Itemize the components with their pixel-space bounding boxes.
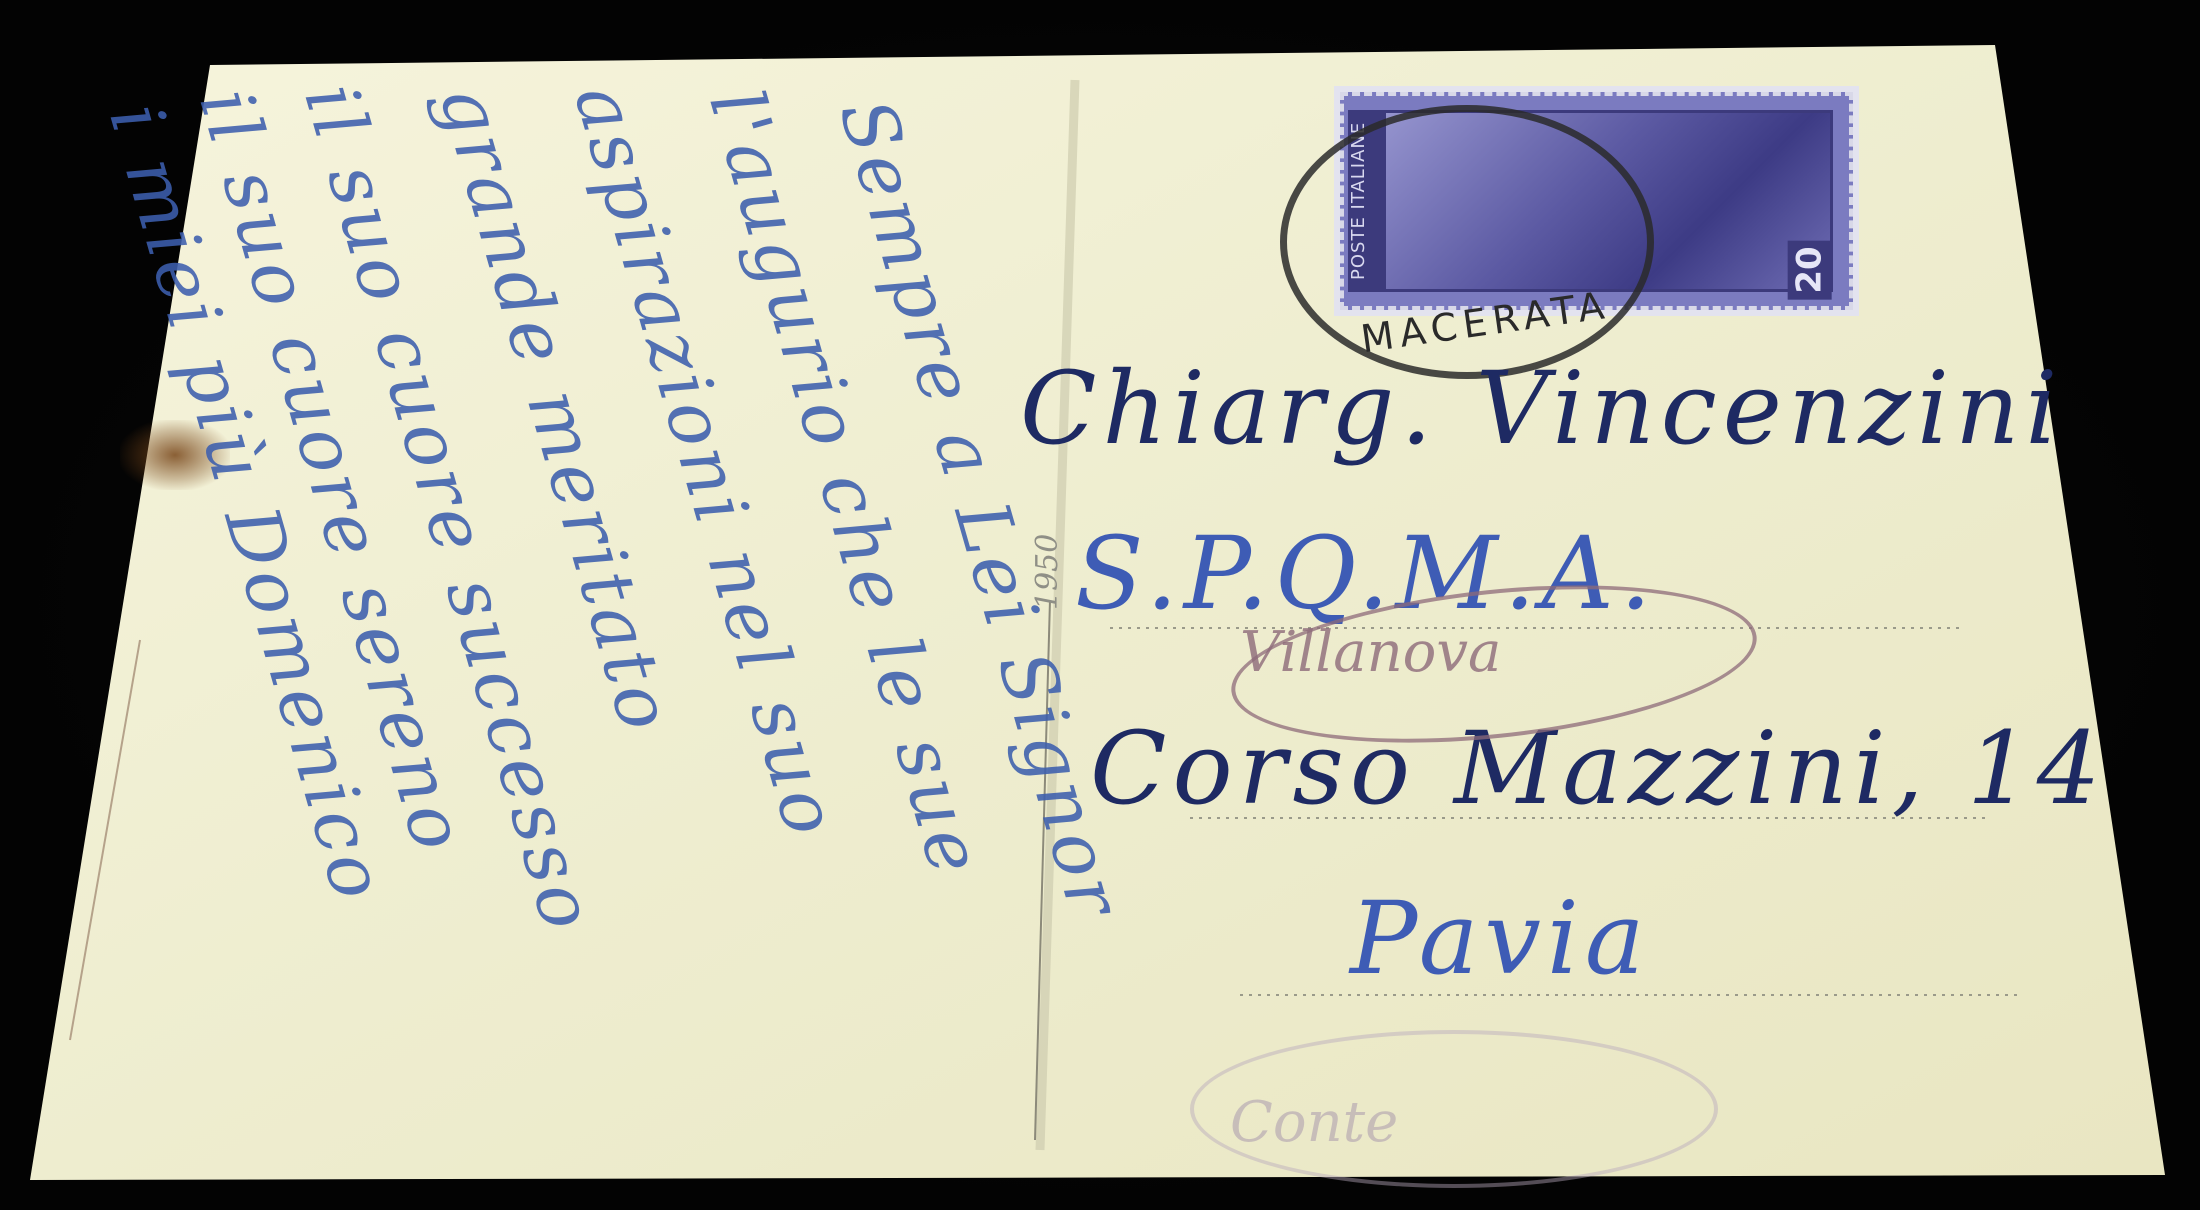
- signature-stamp-text: Villanova: [1240, 620, 1501, 685]
- pencil-note: 1950: [1030, 534, 1065, 610]
- address-line-city: Pavia: [1350, 880, 1651, 997]
- stamp-value: 20: [1787, 240, 1831, 299]
- photo-background: Sempre a Lei Signor l'augurio che le sue…: [0, 0, 2200, 1210]
- address-line-name: Chiarg. Vincenzini: [1020, 350, 2063, 467]
- address-line-street: Corso Mazzini, 14: [1090, 710, 2106, 827]
- lower-signature-stamp-text: Conte: [1230, 1090, 1398, 1155]
